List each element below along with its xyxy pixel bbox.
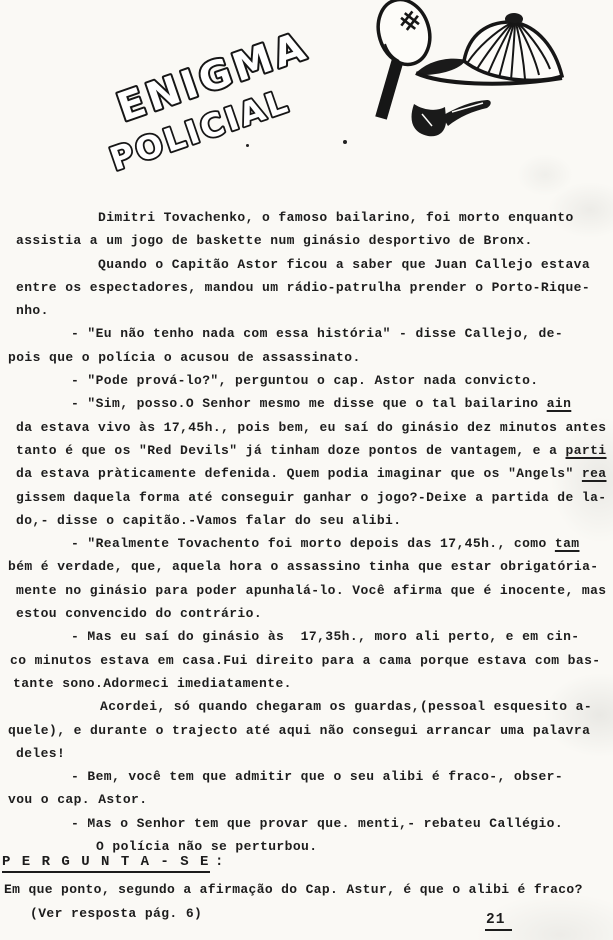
smoking-pipe-icon — [412, 100, 491, 136]
body-text: Dimitri Tovachenko, o famoso bailarino, … — [8, 206, 608, 858]
body-text-line: assistia a um jogo de baskette num ginás… — [8, 229, 608, 252]
scanned-page: ENIGMA POLICIAL — [0, 0, 613, 940]
answer-reference-note: (Ver resposta pág. 6) — [30, 906, 202, 921]
body-text-line: - "Pode prová-lo?", perguntou o cap. Ast… — [8, 369, 608, 392]
body-text-line: da estava vivo às 17,45h., pois bem, eu … — [8, 416, 608, 439]
body-text-line: tanto é que os "Red Devils" já tinham do… — [8, 439, 608, 462]
body-text-line: Acordei, só quando chegaram os guardas,(… — [8, 695, 608, 718]
question-heading-colon: : — [215, 854, 225, 870]
body-text-line: - "Realmente Tovachento foi morto depois… — [8, 532, 608, 555]
hyphenation-underline: parti — [566, 443, 607, 458]
hyphenation-underline: rea — [582, 466, 607, 481]
page-number: 21 — [485, 912, 512, 931]
body-text-line: mente no ginásio para poder apunhalá-lo.… — [8, 579, 608, 602]
body-text-line: tante sono.Adormeci imediatamente. — [8, 672, 608, 695]
body-text-line: do,- disse o capitão.-Vamos falar do seu… — [8, 509, 608, 532]
body-text-line: vou o cap. Astor. — [8, 788, 608, 811]
ink-speck — [246, 144, 249, 147]
body-text-line: - "Eu não tenho nada com essa história" … — [8, 322, 608, 345]
hyphenation-underline: tam — [555, 536, 580, 551]
body-text-line: - Bem, você tem que admitir que o seu al… — [8, 765, 608, 788]
body-text-line: bém é verdade, que, aquela hora o assass… — [8, 555, 608, 578]
body-text-line: da estava pràticamente defenida. Quem po… — [8, 462, 608, 485]
hyphenation-underline: ain — [547, 396, 572, 411]
magnifying-glass-icon — [370, 0, 437, 118]
detective-cap-icon — [416, 13, 562, 84]
page-title: ENIGMA POLICIAL — [92, 4, 372, 199]
body-text-line: co minutos estava em casa.Fui direito pa… — [8, 649, 608, 672]
body-text-line: deles! — [8, 742, 608, 765]
question-heading-text: P E R G U N T A - S E — [2, 854, 210, 873]
body-text-line: estou convencido do contrário. — [8, 602, 608, 625]
body-text-line: - "Sim, posso.O Senhor mesmo me disse qu… — [8, 392, 608, 415]
body-text-line: Quando o Capitão Astor ficou a saber que… — [8, 253, 608, 276]
body-text-line: gissem daquela forma até conseguir ganha… — [8, 486, 608, 509]
body-text-line: - Mas eu saí do ginásio às 17,35h., moro… — [8, 625, 608, 648]
body-text-line: nho. — [8, 299, 608, 322]
question-text: Em que ponto, segundo a afirmação do Cap… — [4, 882, 583, 897]
header-illustration — [355, 0, 610, 155]
body-text-line: entre os espectadores, mandou um rádio-p… — [8, 276, 608, 299]
body-text-line: quele), e durante o trajecto até aqui nã… — [8, 719, 608, 742]
question-heading: P E R G U N T A - S E: — [2, 854, 225, 873]
body-text-line: Dimitri Tovachenko, o famoso bailarino, … — [8, 206, 608, 229]
body-text-line: pois que o polícia o acusou de assassina… — [8, 346, 608, 369]
ink-speck — [343, 140, 347, 144]
body-text-line: - Mas o Senhor tem que provar que. menti… — [8, 812, 608, 835]
